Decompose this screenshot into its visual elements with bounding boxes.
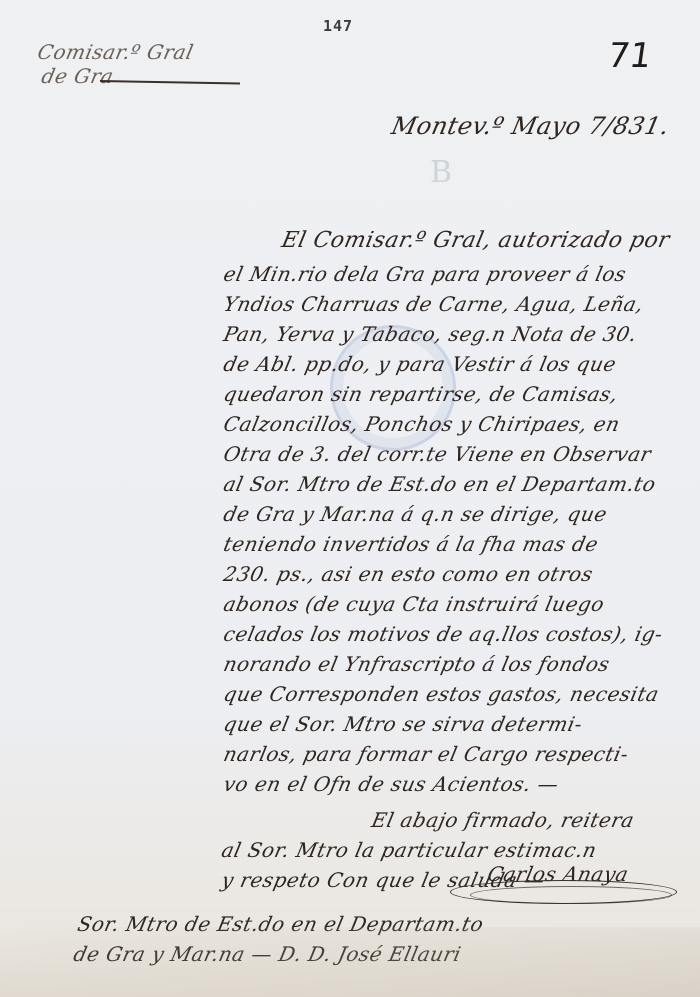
manuscript-page: 147 71 B Comisar.º Gral de Gra Montev.º … [0,0,700,997]
body-line: vo en el Ofn de sus Acientos. — [221,772,561,796]
addressee-line: de Gra y Mar.na — D. D. José Ellauri [71,942,463,966]
body-line: Calzoncillos, Ponchos y Chiripaes, en [221,412,622,436]
body-line: Pan, Yerva y Tabaco, seg.n Nota de 30. [221,322,639,346]
body-line: que Corresponden estos gastos, necesita [221,682,661,706]
closing-line: al Sor. Mtro la particular estimac.n [219,838,599,862]
body-line: quedaron sin repartirse, de Camisas, [221,382,620,406]
closing-line: El abajo firmado, reitera [369,808,636,832]
folio-number: 71 [605,36,654,76]
addressee-line: Sor. Mtro de Est.do en el Departam.to [75,912,486,936]
body-line: Otra de 3. del corr.te Viene en Observar [221,442,653,466]
archive-page-stamp: 147 [323,17,353,35]
body-line: 230. ps., asi en esto como en otros [221,562,595,586]
margin-underline [100,80,240,84]
margin-header-line1: Comisar.º Gral [35,40,195,64]
body-line: al Sor. Mtro de Est.do en el Departam.to [221,472,658,496]
body-line: de Gra y Mar.na á q.n se dirige, que [221,502,609,526]
body-line: de Abl. pp.do, y para Vestir á los que [221,352,618,376]
dateline: Montev.º Mayo 7/831. [389,112,672,140]
body-line: teniendo invertidos á la fha mas de [221,532,600,556]
body-line: celados los motivos de aq.llos costos), … [221,622,665,646]
body-line: narlos, para formar el Cargo respecti- [221,742,631,766]
margin-header-line2: de Gra [39,64,116,88]
body-line: que el Sor. Mtro se sirva determi- [221,712,584,736]
body-line: el Min.rio dela Gra para proveer á los [221,262,628,286]
body-line: abonos (de cuya Cta instruirá luego [221,592,606,616]
body-line: El Comisar.º Gral, autorizado por [279,228,672,253]
signature-flourish [470,886,672,904]
body-line: norando el Ynfrascripto á los fondos [221,652,612,676]
watermark: B [430,155,452,190]
body-line: Yndios Charruas de Carne, Agua, Leña, [221,292,645,316]
